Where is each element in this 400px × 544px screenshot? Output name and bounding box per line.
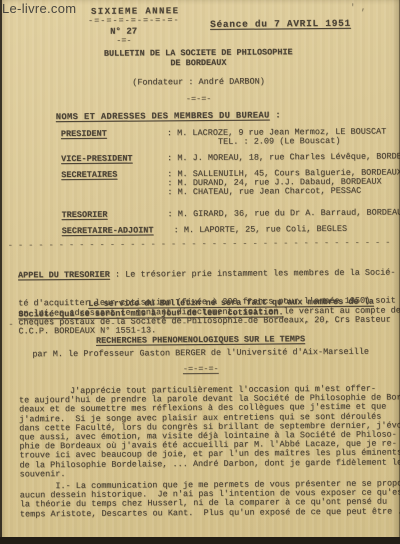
bureau-role-address: : M. GIRARD, 36, rue du Dr A. Barraud, B… [168,208,400,219]
bureau-heading-text: NOMS ET ADRESSES DES MEMBRES DU BUREAU [56,110,270,122]
bureau-role-label: SECRETAIRE-ADJOINT [62,226,174,236]
bureau-role-address: : M. SALLENUILH, 45, Cours Balguerie, BO… [167,168,400,197]
bulletin-title-line2: DE BORDEAUX [0,57,398,69]
bureau-role-address: : M. LAPORTE, 25, rue Coli, BEGLES [174,225,348,236]
text-line: : M. CHATEAU, rue Jean Charcot, PESSAC [167,187,400,198]
scan-edge-bottom [0,537,400,544]
bureau-role-label: PRESIDENT [61,129,167,139]
dashed-separator-top: - - - - - - - - - - - - - - - - - - - - … [8,239,391,251]
watermark-text: Le-livre.com [2,1,76,16]
text-line: : M. LAPORTE, 25, rue Coli, BEGLES [174,225,348,236]
bureau-role-address: : M. J. MOREAU, 18, rue Charles Lévêque,… [167,152,400,163]
lecture-paragraph-1: J'apprécie tout particulièrement l'occas… [19,384,400,479]
bureau-role-label: SECRETAIRES [61,170,167,180]
bureau-row-secretaire-adjoint: SECRETAIRE-ADJOINT : M. LAPORTE, 25, rue… [62,225,348,236]
lecture-separator: -=-=-=- [1,363,400,375]
bureau-heading: NOMS ET ADRESSES DES MEMBRES DU BUREAU : [56,111,281,122]
bureau-row-president: PRESIDENT : M. LACROZE, 9 rue Jean Mermo… [61,128,386,149]
bureau-row-secretaires: SECRETAIRES : M. SALLENUILH, 45, Cours B… [61,168,400,198]
text-line: : M. J. MOREAU, 18, rue Charles Lévêque,… [167,152,400,163]
lecture-paragraph-2: I.- La communication que je me permets d… [20,479,400,519]
typed-content: SIXIEME ANNEE -=-=-=-=-=-=-=- N° 27 -=- … [0,0,400,544]
text-line: : M. GIRARD, 36, rue du Dr A. Barraud, B… [168,208,400,219]
bureau-heading-colon: : [270,110,281,120]
appeal-first-line: APPEL DU TRESORIER : Le trésorier prie i… [18,269,400,281]
session-date: Séance du 7 AVRIL 1951 [210,19,351,29]
appeal-heading: APPEL DU TRESORIER [18,270,110,281]
scan-edge-left [0,0,2,544]
founder-line: (Fondateur : André DARBON) [0,76,399,88]
stray-ink-marks: ' , [350,4,366,13]
lecture-byline: par M. le Professeur Gaston BERGER de l'… [1,347,400,359]
bureau-row-tresorier: TRESORIER : M. GIRARD, 36, rue du Dr A. … [62,208,400,220]
bureau-role-label: TRESORIER [62,210,168,220]
text-line: temps Aristote, Descartes ou Kant. Plus … [20,507,400,519]
year-underline: -=-=-=-=-=-=-=- [88,16,180,26]
bureau-row-vice-president: VICE-PRESIDENT : M. J. MOREAU, 18, rue C… [61,152,400,164]
appeal-first-line-rest: : Le trésorier prie instamment les membr… [110,268,396,280]
bureau-role-address: : M. LACROZE, 9 rue Jean Mermoz, LE BOUS… [167,128,386,148]
text-line: TEL. : 2.09 (Le Bouscat) [167,137,386,148]
scanned-bulletin-page: SIXIEME ANNEE -=-=-=-=-=-=-=- N° 27 -=- … [0,0,400,544]
title-separator: -=-=- [0,93,399,105]
bureau-role-label: VICE-PRESIDENT [61,154,167,164]
issue-underline: -=- [116,37,131,46]
